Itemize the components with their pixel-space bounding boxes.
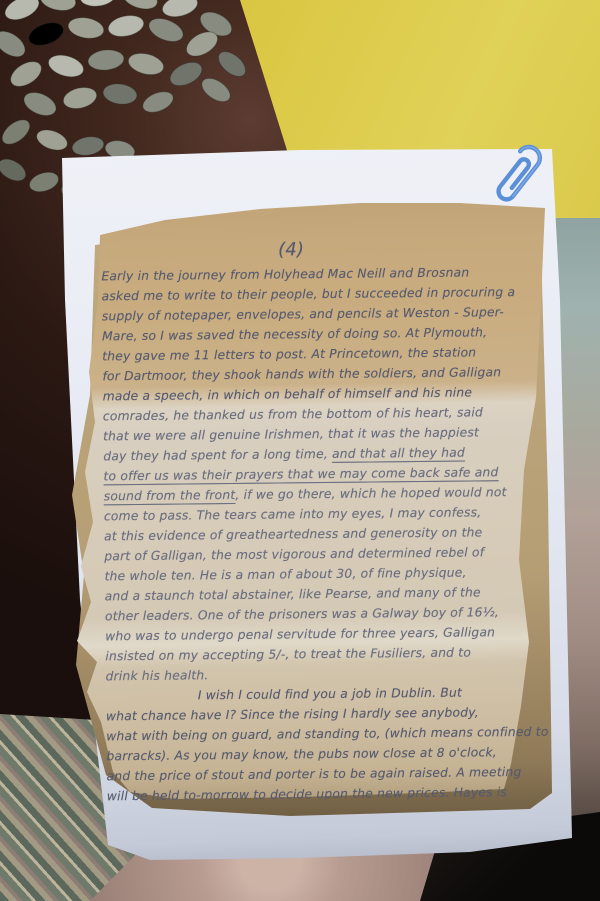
letter-line: will be held to-morrow to decide upon th… [107,782,551,807]
page-number: (4) [121,237,461,267]
photograph-background: (4) Early in the journey from Holyhead M… [0,0,600,901]
letter-text: (4) Early in the journey from Holyhead M… [101,236,551,811]
